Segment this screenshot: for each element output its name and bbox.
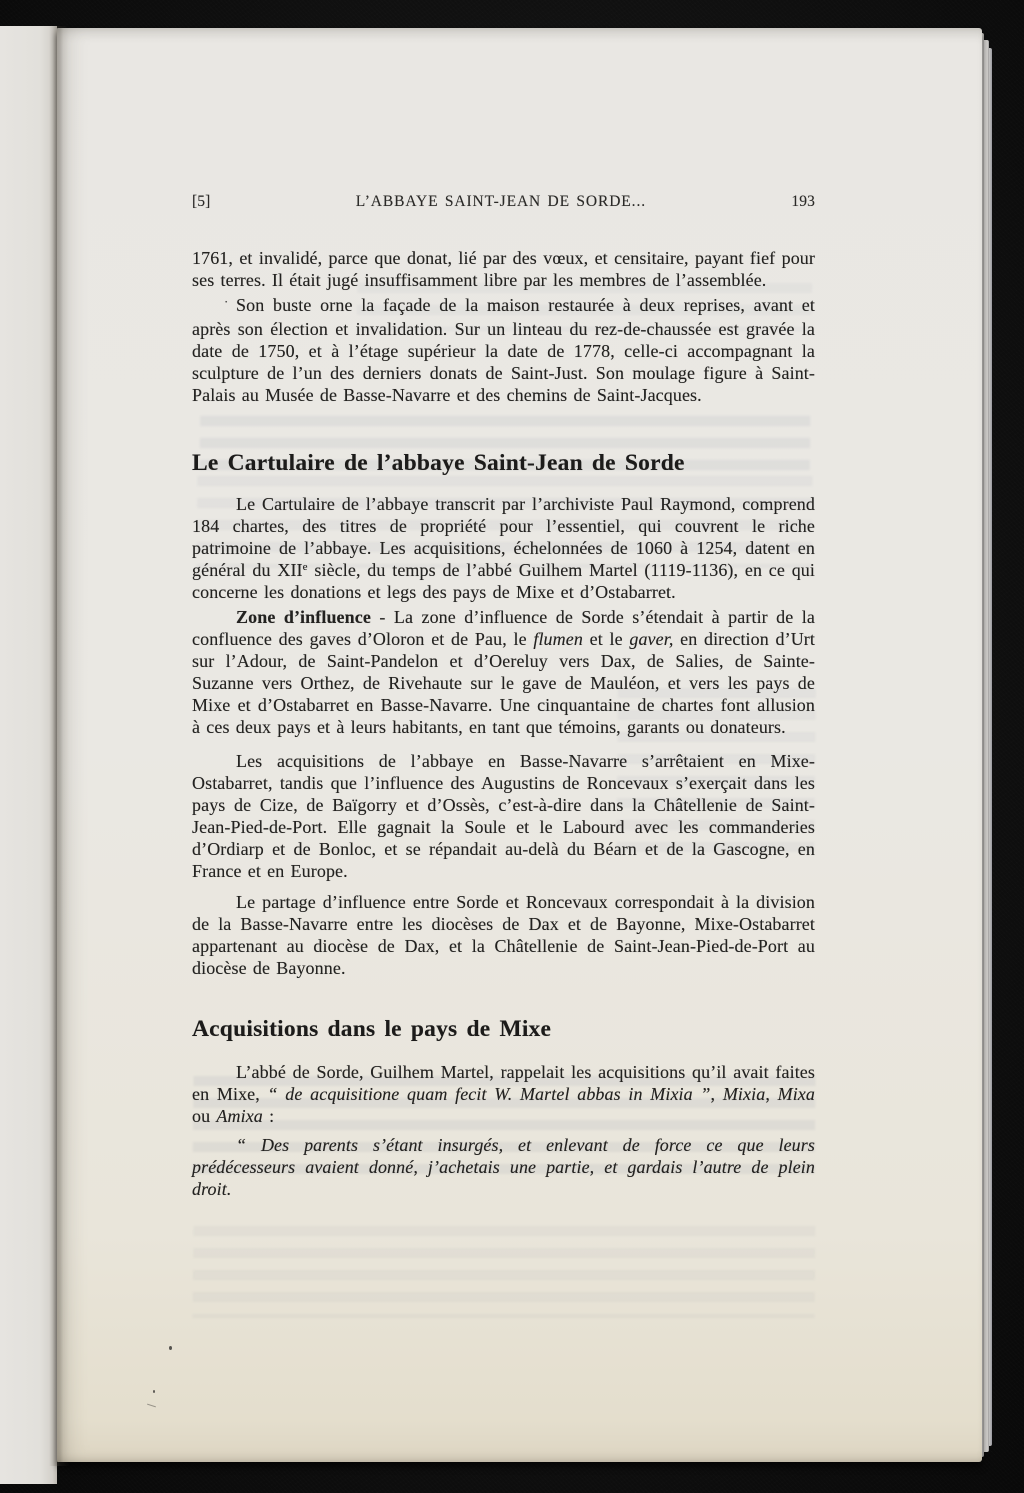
book-page: [5] L’ABBAYE SAINT-JEAN DE SORDE... 193 … bbox=[57, 28, 982, 1462]
book-photo-backdrop: [5] L’ABBAYE SAINT-JEAN DE SORDE... 193 … bbox=[0, 0, 1024, 1493]
text-segment: , bbox=[711, 1084, 723, 1104]
latin-quote: “ de acquisitione quam fecit W. Martel a… bbox=[268, 1084, 711, 1104]
text-segment: Des parents s’étant insurgés, et enlevan… bbox=[192, 1135, 815, 1199]
text-segment: : bbox=[263, 1106, 274, 1126]
page-number: 193 bbox=[791, 192, 815, 211]
paragraph-buste: ·Son buste orne la façade de la maison r… bbox=[192, 294, 815, 406]
ink-bleedthrough bbox=[193, 1226, 816, 1318]
book-gutter-shadow bbox=[49, 26, 69, 1466]
page-edge-line bbox=[989, 48, 992, 1446]
dust-speck bbox=[169, 1346, 172, 1350]
text-segment: Son buste orne la façade de la maison re… bbox=[192, 295, 815, 405]
open-quote: “ bbox=[236, 1135, 261, 1155]
latin-term-mixia: Mixia bbox=[723, 1084, 766, 1104]
paragraph-zone-influence: Zone d’influence - La zone d’influence d… bbox=[192, 606, 815, 738]
running-title: L’ABBAYE SAINT-JEAN DE SORDE... bbox=[356, 192, 646, 211]
paragraph-cartulaire: Le Cartulaire de l’abbaye transcrit par … bbox=[192, 493, 815, 603]
section-number: [5] bbox=[192, 192, 210, 211]
dust-speck bbox=[153, 1390, 155, 1393]
bold-lead-zone-influence: Zone d’influence bbox=[236, 607, 371, 627]
latin-term-gaver: gaver, bbox=[629, 629, 673, 649]
latin-term-flumen: flumen bbox=[533, 629, 583, 649]
text-segment: , bbox=[765, 1084, 777, 1104]
section-heading-cartulaire: Le Cartulaire de l’abbaye Saint-Jean de … bbox=[192, 450, 815, 477]
section-heading-acquisitions-mixe: Acquisitions dans le pays de Mixe bbox=[192, 1016, 815, 1043]
latin-term-mixa: Mixa bbox=[778, 1084, 815, 1104]
paragraph-abbe-sorde: L’abbé de Sorde, Guilhem Martel, rappela… bbox=[192, 1061, 815, 1127]
latin-term-amixa: Amixa bbox=[216, 1106, 262, 1126]
running-head: [5] L’ABBAYE SAINT-JEAN DE SORDE... 193 bbox=[192, 192, 815, 211]
paragraph-quotation: “ Des parents s’étant insurgés, et enlev… bbox=[192, 1134, 815, 1200]
text-segment: ou bbox=[192, 1106, 216, 1126]
paragraph-acquisitions-basse-navarre: Les acquisitions de l’abbaye en Basse-Na… bbox=[192, 750, 815, 882]
text-segment: et le bbox=[583, 629, 629, 649]
paragraph-continuation: 1761, et invalidé, parce que donat, lié … bbox=[192, 247, 815, 291]
text-block: [5] L’ABBAYE SAINT-JEAN DE SORDE... 193 … bbox=[192, 28, 815, 1203]
paragraph-partage-influence: Le partage d’influence entre Sorde et Ro… bbox=[192, 891, 815, 979]
